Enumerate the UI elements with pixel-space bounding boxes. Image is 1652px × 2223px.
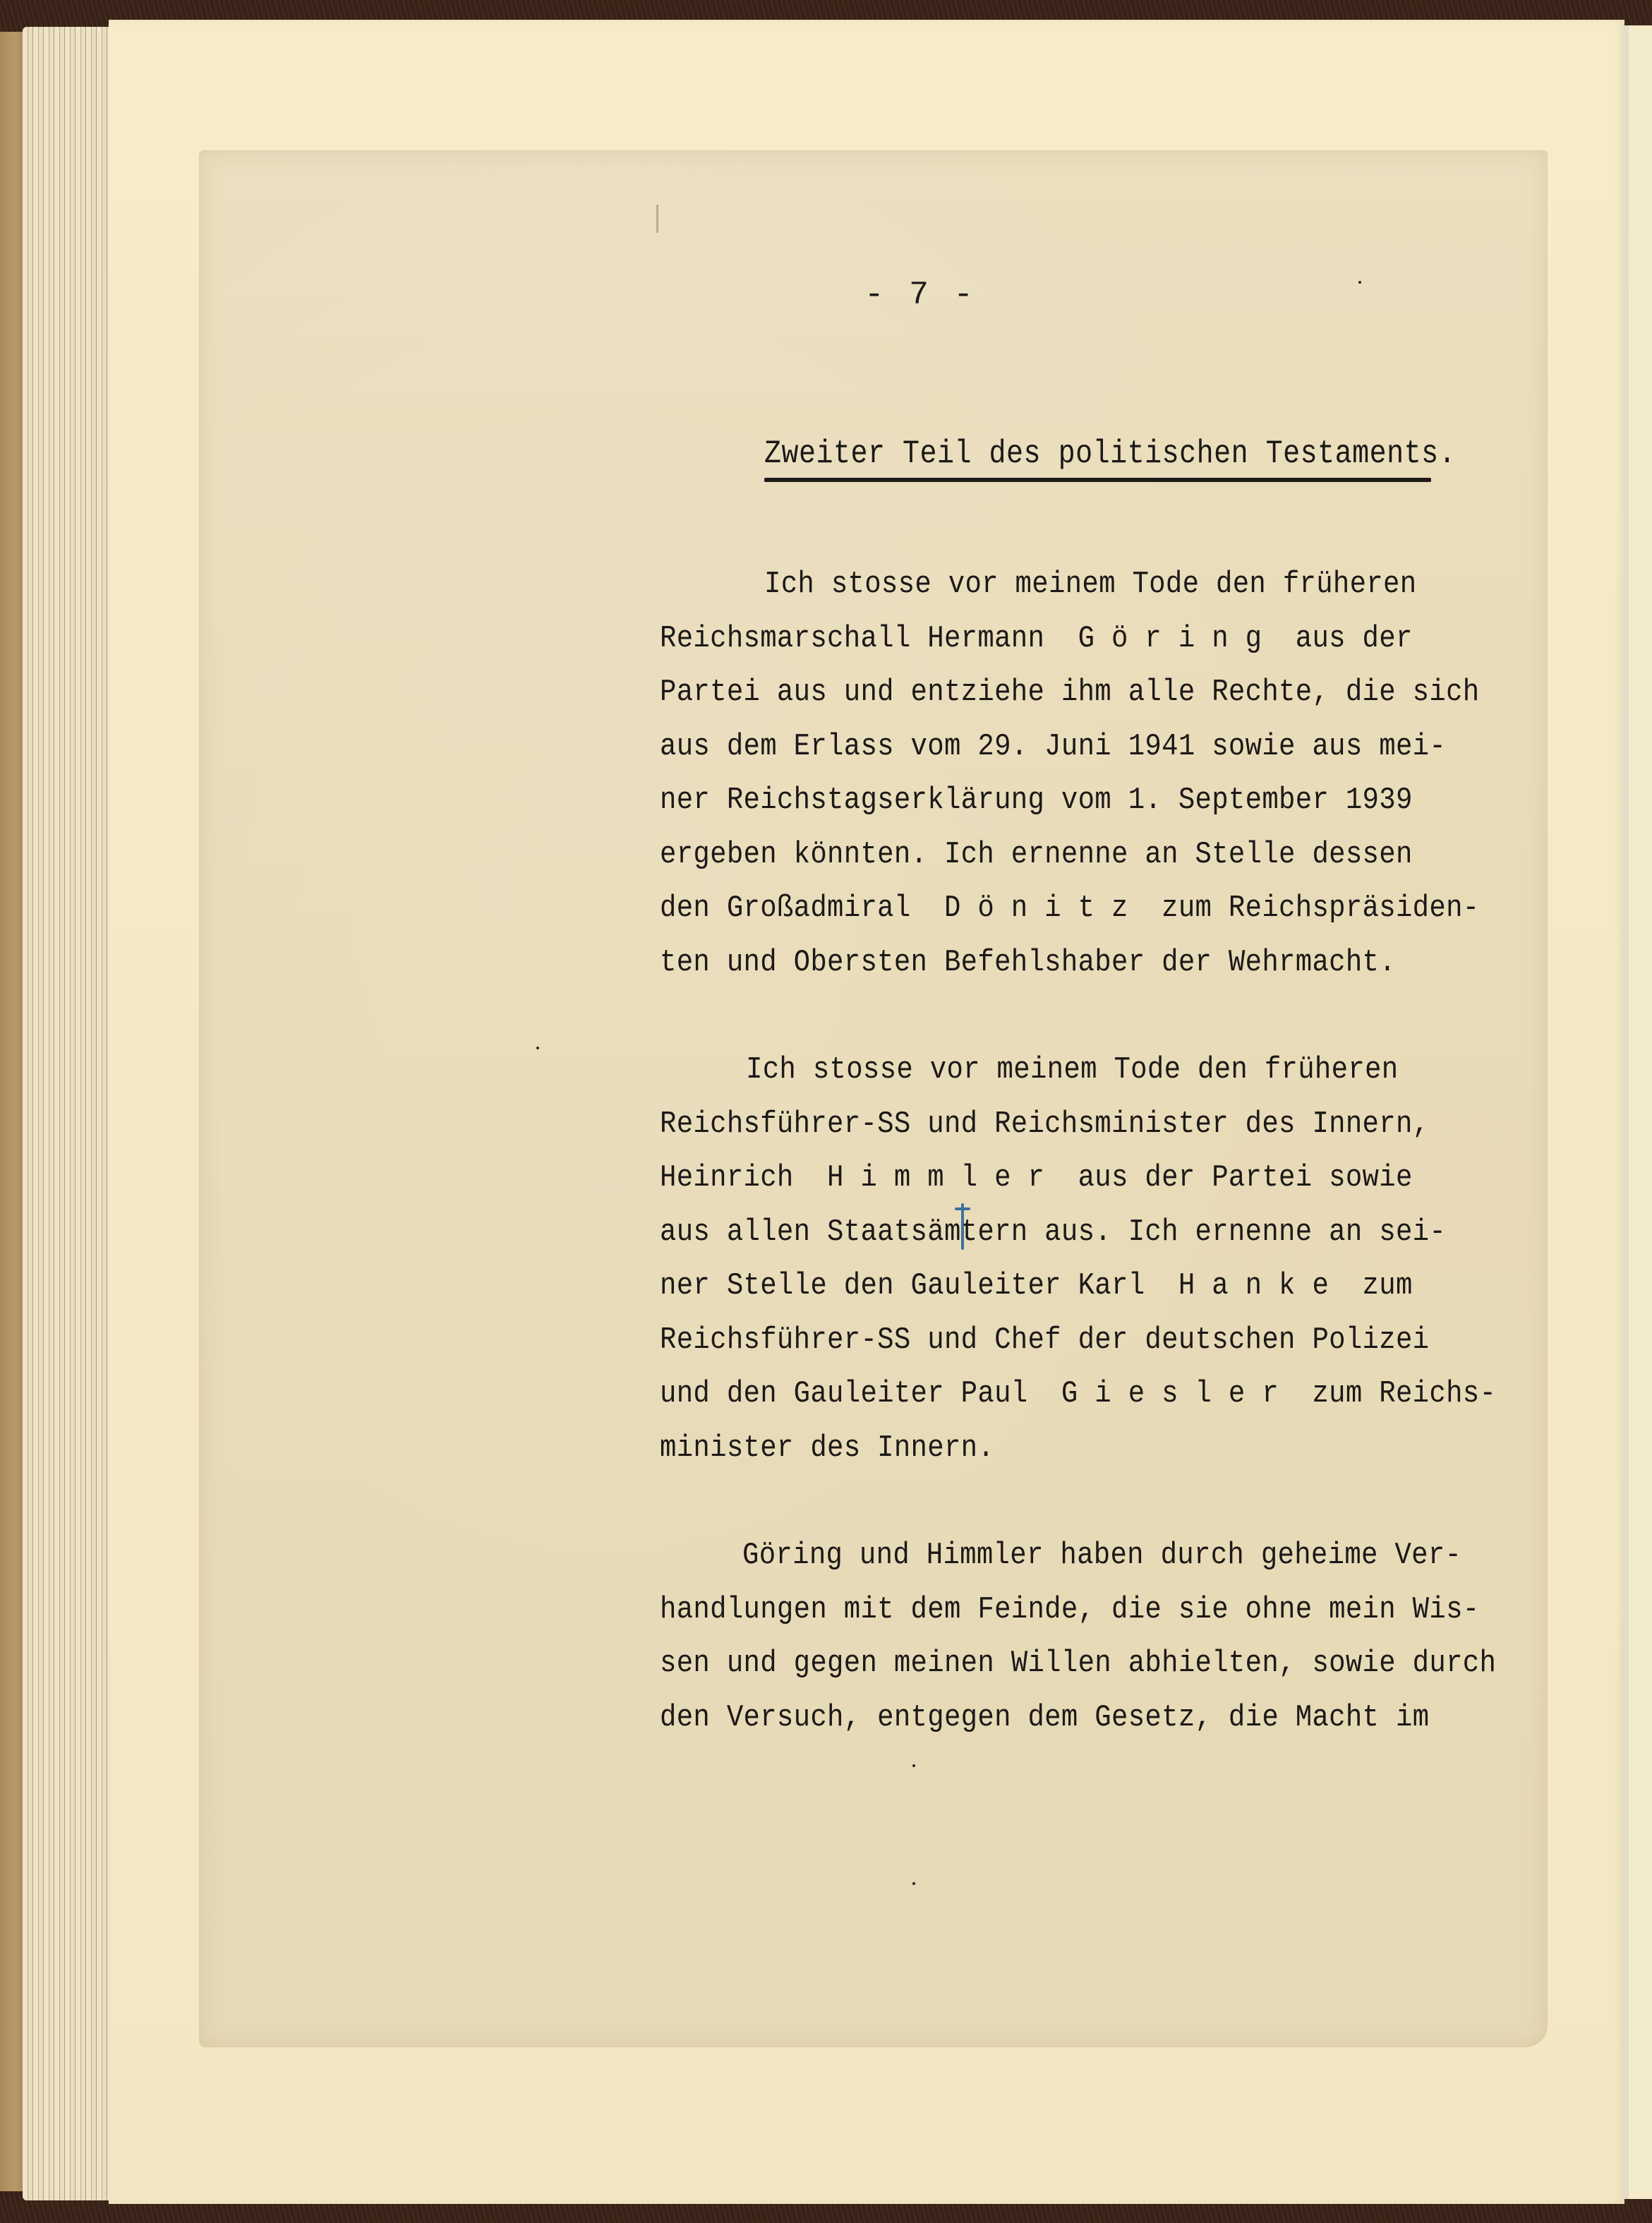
- paper-speck: [912, 1764, 915, 1767]
- text-line: und den Gauleiter Paul G i e s l e r zum…: [660, 1363, 1507, 1424]
- text-line: ergeben könnten. Ich ernenne an Stelle d…: [660, 824, 1507, 885]
- paper-crease-mark: [656, 205, 658, 233]
- text-line: ner Reichstagserklärung vom 1. September…: [660, 770, 1507, 831]
- album-page-right-edge: [1624, 25, 1652, 2199]
- text-line: ten und Obersten Befehlshaber der Wehrma…: [660, 932, 1507, 993]
- page-stack-edges: [23, 27, 110, 2200]
- text-line: ner Stelle den Gauleiter Karl H a n k e …: [660, 1255, 1507, 1316]
- text-line: aus dem Erlass vom 29. Juni 1941 sowie a…: [660, 716, 1507, 777]
- text-line-with-correction: aus allen Staatsämtern aus. Ich ernenne …: [660, 1202, 1507, 1263]
- text-line: Göring und Himmler haben durch geheime V…: [660, 1525, 1507, 1586]
- paragraph-negotiations: Göring und Himmler haben durch geheime V…: [660, 1529, 1507, 1745]
- text-line: Reichsführer-SS und Chef der deutschen P…: [660, 1310, 1507, 1370]
- text-line: handlungen mit dem Feinde, die sie ohne …: [660, 1579, 1507, 1640]
- text-line: Reichsführer-SS und Reichsminister des I…: [660, 1094, 1507, 1155]
- paper-speck: [536, 1047, 539, 1049]
- document-body: Ich stosse vor meinem Tode den früheren …: [660, 558, 1507, 1798]
- page-number: - 7 -: [864, 277, 976, 313]
- text-line: den Versuch, entgegen dem Gesetz, die Ma…: [660, 1687, 1507, 1748]
- text-line: Ich stosse vor meinem Tode den früheren: [660, 554, 1507, 615]
- text-line: den Großadmiral D ö n i t z zum Reichspr…: [660, 878, 1507, 939]
- paper-speck: [1358, 281, 1361, 284]
- paper-speck: [912, 1882, 915, 1885]
- text-line: Partei aus und entziehe ihm alle Rechte,…: [660, 662, 1507, 723]
- paragraph-goring: Ich stosse vor meinem Tode den früheren …: [660, 558, 1507, 989]
- heading-underline: [764, 478, 1431, 482]
- book-board-edge: [0, 32, 24, 2191]
- handwritten-correction-mark: [955, 1203, 970, 1253]
- text-line: sen und gegen meinen Willen abhielten, s…: [660, 1633, 1507, 1694]
- heading-block: Zweiter Teil des politischen Testaments.: [764, 436, 1433, 482]
- paragraph-himmler: Ich stosse vor meinem Tode den früheren …: [660, 1043, 1507, 1475]
- document-heading: Zweiter Teil des politischen Testaments.: [764, 436, 1433, 473]
- text-line: Ich stosse vor meinem Tode den früheren: [660, 1040, 1507, 1100]
- text-line: Reichsmarschall Hermann G ö r i n g aus …: [660, 608, 1507, 669]
- text-line: Heinrich H i m m l e r aus der Partei so…: [660, 1147, 1507, 1208]
- text-line: minister des Innern.: [660, 1418, 1507, 1478]
